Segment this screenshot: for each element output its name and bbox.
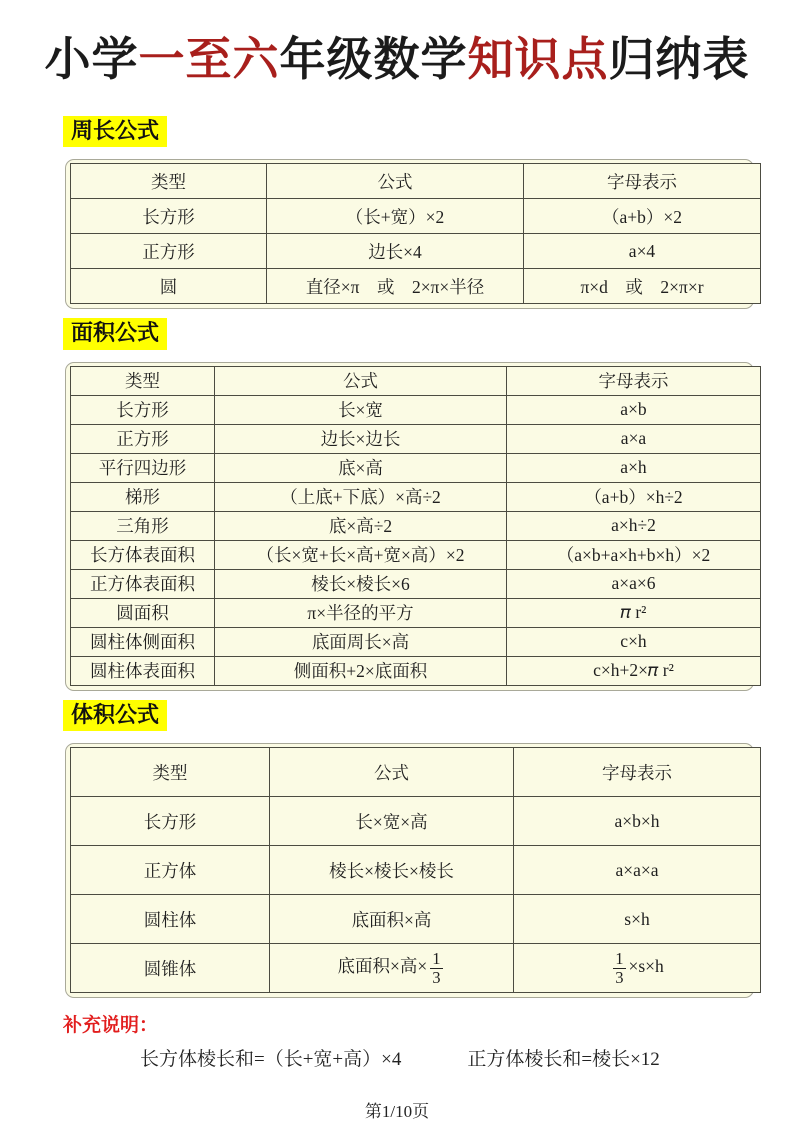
column-header: 类型 [71, 164, 267, 199]
header-row: 类型公式字母表示 [71, 164, 761, 199]
table-cell: a×a×a [514, 846, 761, 895]
table-cell: c×h [507, 627, 761, 656]
column-header: 字母表示 [514, 748, 761, 797]
section-volume: 体积公式 类型公式字母表示长方形长×宽×高a×b×h正方体棱长×棱长×棱长a×a… [0, 700, 794, 999]
title-segment: 年级数学 [280, 32, 468, 86]
table-cell: 底×高 [215, 453, 507, 482]
section-label-volume: 体积公式 [63, 700, 167, 732]
table-cell: 正方形 [71, 424, 215, 453]
table-cell: 圆面积 [71, 598, 215, 627]
table-cell: 长×宽×高 [270, 797, 514, 846]
table-row: 正方体表面积棱长×棱长×6a×a×6 [71, 569, 761, 598]
table-row: 长方体表面积（长×宽+长×高+宽×高）×2（a×b+a×h+b×h）×2 [71, 540, 761, 569]
table-cell: 底面周长×高 [215, 627, 507, 656]
table-row: 正方形边长×边长a×a [71, 424, 761, 453]
table-cell: a×h [507, 453, 761, 482]
table-cell: 长方体表面积 [71, 540, 215, 569]
fraction: 13 [430, 950, 442, 986]
table-cell: s×h [514, 895, 761, 944]
table-cell: a×h÷2 [507, 511, 761, 540]
table-cell: a×4 [524, 234, 761, 269]
perimeter-table-card: 类型公式字母表示长方形（长+宽）×2（a+b）×2正方形边长×4a×4圆直径×π… [65, 159, 754, 309]
supplement-item: 长方体棱长和=（长+宽+高）×4 [140, 1044, 401, 1071]
table-row: 长方形（长+宽）×2（a+b）×2 [71, 199, 761, 234]
table-cell: 正方形 [71, 234, 267, 269]
table-cell: 长方形 [71, 199, 267, 234]
section-label-perimeter: 周长公式 [63, 116, 167, 148]
table-cell: 圆柱体表面积 [71, 656, 215, 685]
document-page: 小学一至六年级数学知识点归纳表 周长公式 类型公式字母表示长方形（长+宽）×2（… [0, 0, 794, 1122]
area-table-card: 类型公式字母表示长方形长×宽a×b正方形边长×边长a×a平行四边形底×高a×h梯… [65, 362, 754, 691]
table-cell: 底面积×高 [270, 895, 514, 944]
section-label-area: 面积公式 [63, 318, 167, 350]
table-cell: 梯形 [71, 482, 215, 511]
table-cell: 直径×π 或 2×π×半径 [267, 269, 524, 304]
table-cell: （长+宽）×2 [267, 199, 524, 234]
table-row: 圆柱体底面积×高s×h [71, 895, 761, 944]
table-row: 长方形长×宽×高a×b×h [71, 797, 761, 846]
table-cell: π×半径的平方 [215, 598, 507, 627]
table-row: 圆面积π×半径的平方𝜋 r² [71, 598, 761, 627]
table-row: 长方形长×宽a×b [71, 395, 761, 424]
table-row: 圆柱体表面积侧面积+2×底面积c×h+2×𝜋 r² [71, 656, 761, 685]
volume-table-card: 类型公式字母表示长方形长×宽×高a×b×h正方体棱长×棱长×棱长a×a×a圆柱体… [65, 743, 754, 998]
table-cell: （a+b）×h÷2 [507, 482, 761, 511]
column-header: 公式 [267, 164, 524, 199]
header-row: 类型公式字母表示 [71, 366, 761, 395]
table-cell: 长方形 [71, 797, 270, 846]
table-cell: a×b [507, 395, 761, 424]
table-cell: 棱长×棱长×6 [215, 569, 507, 598]
fraction: 13 [613, 950, 625, 986]
section-perimeter: 周长公式 类型公式字母表示长方形（长+宽）×2（a+b）×2正方形边长×4a×4… [0, 116, 794, 310]
table-cell: 圆柱体侧面积 [71, 627, 215, 656]
column-header: 类型 [71, 366, 215, 395]
title-segment: 归纳表 [609, 32, 750, 86]
supplement-label: 补充说明： [63, 1010, 794, 1037]
table-cell: 棱长×棱长×棱长 [270, 846, 514, 895]
column-header: 类型 [71, 748, 270, 797]
table-cell: 正方体表面积 [71, 569, 215, 598]
title-segment: 一至六 [139, 32, 280, 86]
perimeter-table: 类型公式字母表示长方形（长+宽）×2（a+b）×2正方形边长×4a×4圆直径×π… [70, 163, 761, 304]
table-row: 正方形边长×4a×4 [71, 234, 761, 269]
table-cell: a×a×6 [507, 569, 761, 598]
table-row: 梯形（上底+下底）×高÷2（a+b）×h÷2 [71, 482, 761, 511]
column-header: 公式 [215, 366, 507, 395]
table-cell: 𝜋 r² [507, 598, 761, 627]
table-cell: （上底+下底）×高÷2 [215, 482, 507, 511]
table-cell: c×h+2×𝜋 r² [507, 656, 761, 685]
column-header: 字母表示 [507, 366, 761, 395]
area-table: 类型公式字母表示长方形长×宽a×b正方形边长×边长a×a平行四边形底×高a×h梯… [70, 366, 761, 686]
table-cell: π×d 或 2×π×r [524, 269, 761, 304]
table-cell: a×a [507, 424, 761, 453]
section-area: 面积公式 类型公式字母表示长方形长×宽a×b正方形边长×边长a×a平行四边形底×… [0, 318, 794, 691]
table-cell: 侧面积+2×底面积 [215, 656, 507, 685]
table-cell: 13×s×h [514, 944, 761, 993]
table-cell: 底×高÷2 [215, 511, 507, 540]
table-cell: 平行四边形 [71, 453, 215, 482]
title-segment: 小学 [45, 32, 139, 86]
table-row: 圆锥体底面积×高×1313×s×h [71, 944, 761, 993]
table-cell: 长×宽 [215, 395, 507, 424]
table-cell: 边长×边长 [215, 424, 507, 453]
table-row: 平行四边形底×高a×h [71, 453, 761, 482]
column-header: 字母表示 [524, 164, 761, 199]
page-title: 小学一至六年级数学知识点归纳表 [0, 30, 794, 90]
table-cell: 底面积×高×13 [270, 944, 514, 993]
table-cell: 三角形 [71, 511, 215, 540]
table-cell: 圆柱体 [71, 895, 270, 944]
table-cell: （a×b+a×h+b×h）×2 [507, 540, 761, 569]
table-cell: 圆锥体 [71, 944, 270, 993]
table-cell: a×b×h [514, 797, 761, 846]
volume-table: 类型公式字母表示长方形长×宽×高a×b×h正方体棱长×棱长×棱长a×a×a圆柱体… [70, 747, 761, 993]
table-row: 正方体棱长×棱长×棱长a×a×a [71, 846, 761, 895]
table-cell: 正方体 [71, 846, 270, 895]
column-header: 公式 [270, 748, 514, 797]
table-row: 圆直径×π 或 2×π×半径π×d 或 2×π×r [71, 269, 761, 304]
supplement-note: 补充说明： 长方体棱长和=（长+宽+高）×4 正方体棱长和=棱长×12 [0, 1010, 794, 1071]
title-segment: 知识点 [468, 32, 609, 86]
table-cell: （长×宽+长×高+宽×高）×2 [215, 540, 507, 569]
table-row: 三角形底×高÷2a×h÷2 [71, 511, 761, 540]
table-cell: 圆 [71, 269, 267, 304]
header-row: 类型公式字母表示 [71, 748, 761, 797]
table-row: 圆柱体侧面积底面周长×高c×h [71, 627, 761, 656]
table-cell: 长方形 [71, 395, 215, 424]
page-number: 第1/10页 [0, 1097, 794, 1122]
table-cell: （a+b）×2 [524, 199, 761, 234]
supplement-item: 正方体棱长和=棱长×12 [467, 1044, 659, 1071]
table-cell: 边长×4 [267, 234, 524, 269]
supplement-items: 长方体棱长和=（长+宽+高）×4 正方体棱长和=棱长×12 [140, 1044, 794, 1071]
